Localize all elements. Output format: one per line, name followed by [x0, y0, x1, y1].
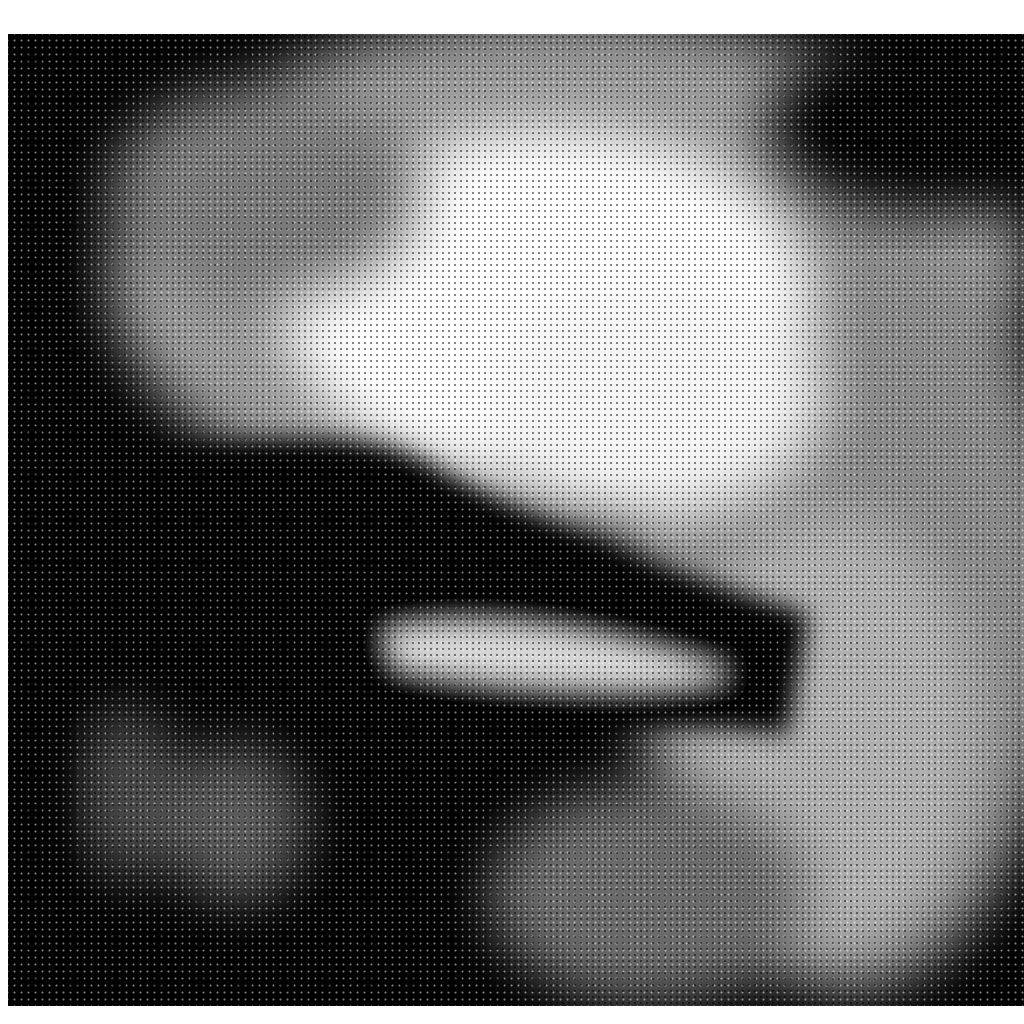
photo-tones	[8, 34, 1024, 1006]
dithered-photo	[8, 34, 1024, 1006]
